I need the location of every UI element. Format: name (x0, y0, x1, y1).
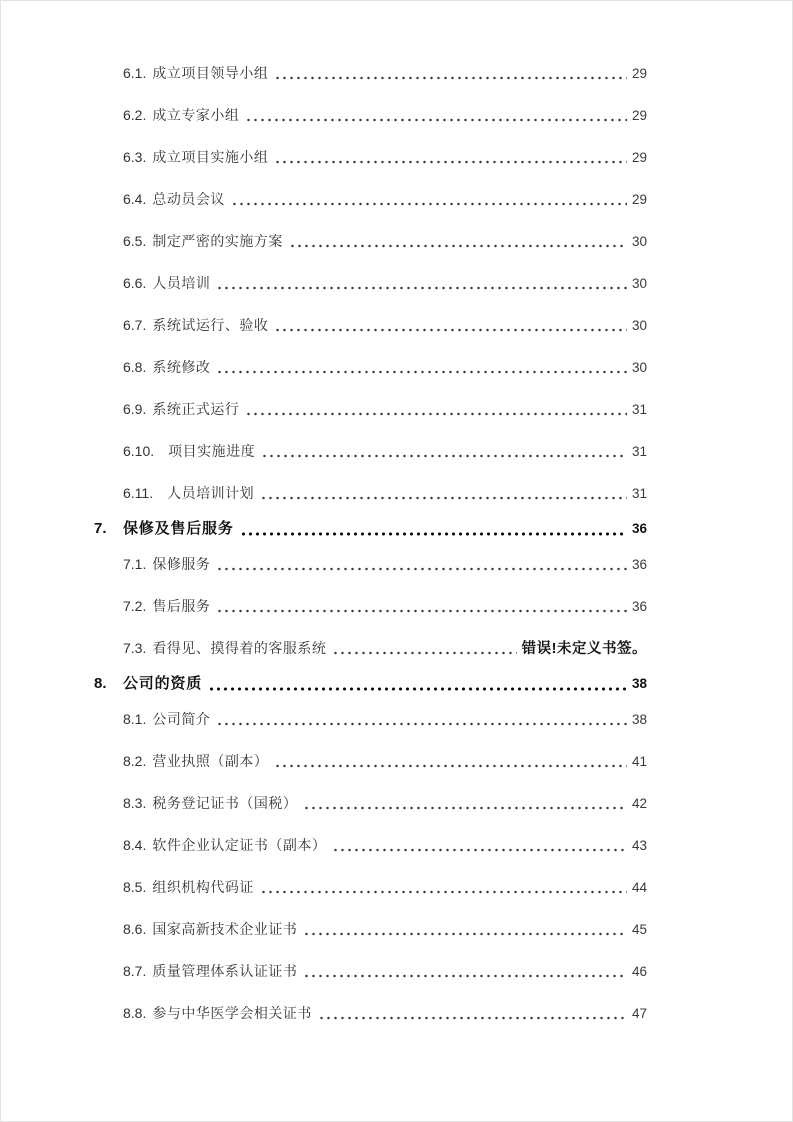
toc-entry-page: 31 (632, 484, 647, 503)
toc-entry-page: 30 (632, 316, 647, 335)
dot-leader (332, 651, 516, 655)
toc-entry-title: 营业执照（副本） (152, 753, 268, 772)
toc-entry-title: 软件企业认定证书（副本） (152, 837, 326, 856)
toc-entry[interactable]: 6.11. 人员培训计划 31 (94, 484, 647, 503)
toc-entry-number: 8.8. (123, 1004, 146, 1023)
toc-entry-number: 7. (94, 519, 123, 538)
toc-entry-number: 8.5. (123, 878, 146, 897)
toc-entry[interactable]: 6.1. 成立项目领导小组 29 (94, 64, 647, 83)
toc-entry-title: 总动员会议 (152, 191, 225, 210)
dot-leader (245, 118, 627, 122)
toc-entry-title: 成立项目领导小组 (152, 65, 268, 84)
toc-entry-number: 8.2. (123, 752, 146, 771)
dot-leader (274, 328, 627, 332)
toc-entry[interactable]: 7.2. 售后服务 36 (94, 597, 647, 616)
toc-entry[interactable]: 6.5. 制定严密的实施方案 30 (94, 232, 647, 251)
toc-entry-title: 售后服务 (152, 598, 210, 617)
toc-entry[interactable]: 7.3. 看得见、摸得着的客服系统 错误!未定义书签。 (94, 639, 647, 658)
dot-leader (245, 412, 627, 416)
toc-entry-number: 6.3. (123, 148, 146, 167)
toc-entry-page: 42 (632, 794, 647, 813)
toc-entry[interactable]: 6.6. 人员培训 30 (94, 274, 647, 293)
dot-leader (303, 974, 627, 978)
toc-entry-title: 参与中华医学会相关证书 (152, 1005, 312, 1024)
toc-entry-page: 30 (632, 274, 647, 293)
toc-entry-page: 29 (632, 190, 647, 209)
dot-leader (260, 890, 627, 894)
toc-entry-page: 38 (632, 710, 647, 729)
toc-entry-page: 47 (632, 1004, 647, 1023)
toc-entry-number: 6.8. (123, 358, 146, 377)
toc-entry-page: 29 (632, 64, 647, 83)
toc-entry-number: 6.2. (123, 106, 146, 125)
dot-leader (216, 609, 627, 613)
dot-leader (332, 848, 627, 852)
dot-leader (216, 722, 627, 726)
toc-entry-page: 错误!未定义书签。 (522, 640, 647, 659)
toc-entry-title: 保修及售后服务 (123, 519, 234, 538)
toc-entry[interactable]: 8.5. 组织机构代码证 44 (94, 878, 647, 897)
toc-entry-title: 系统正式运行 (152, 401, 239, 420)
toc-entry-title: 组织机构代码证 (152, 879, 254, 898)
dot-leader (261, 454, 627, 458)
toc-entry[interactable]: 6.8. 系统修改 30 (94, 358, 647, 377)
dot-leader (216, 567, 627, 571)
toc-entry[interactable]: 8.1. 公司简介 38 (94, 710, 647, 729)
toc-entry[interactable]: 6.2. 成立专家小组 29 (94, 106, 647, 125)
toc-entry[interactable]: 8.4. 软件企业认定证书（副本） 43 (94, 836, 647, 855)
toc-entry[interactable]: 8.3. 税务登记证书（国税） 42 (94, 794, 647, 813)
toc-entry-number: 6.9. (123, 400, 146, 419)
document-page: 6.1. 成立项目领导小组 29 6.2. 成立专家小组 29 6.3. 成立项… (0, 0, 793, 1122)
toc-entry[interactable]: 8.8. 参与中华医学会相关证书 47 (94, 1004, 647, 1023)
toc-entry-title: 项目实施进度 (168, 443, 255, 462)
dot-leader (303, 932, 627, 936)
dot-leader (260, 496, 627, 500)
toc-entry-title: 保修服务 (152, 556, 210, 575)
dot-leader (231, 202, 627, 206)
toc-entry-title: 成立项目实施小组 (152, 149, 268, 168)
dot-leader (274, 160, 627, 164)
toc-entry-number: 8.1. (123, 710, 146, 729)
toc-entry-number: 6.10. (123, 442, 154, 461)
toc-entry[interactable]: 8.6. 国家高新技术企业证书 45 (94, 920, 647, 939)
toc-entry-title: 质量管理体系认证证书 (152, 963, 297, 982)
dot-leader (240, 532, 627, 536)
toc-entry-page: 46 (632, 962, 647, 981)
toc-entry-number: 8.4. (123, 836, 146, 855)
dot-leader (216, 286, 627, 290)
dot-leader (208, 687, 627, 691)
toc-entry-page: 44 (632, 878, 647, 897)
toc-entry-page: 43 (632, 836, 647, 855)
toc-entry[interactable]: 7. 保修及售后服务 36 (94, 519, 647, 538)
toc-entry-number: 7.3. (123, 639, 146, 658)
toc-entry-page: 38 (632, 674, 647, 693)
toc-entry-title: 看得见、摸得着的客服系统 (152, 640, 326, 659)
toc-entry-page: 30 (632, 232, 647, 251)
toc-entry[interactable]: 8.7. 质量管理体系认证证书 46 (94, 962, 647, 981)
toc-entry[interactable]: 7.1. 保修服务 36 (94, 555, 647, 574)
toc-entry-title: 人员培训计划 (167, 485, 254, 504)
toc-entry-number: 6.7. (123, 316, 146, 335)
toc-entry-title: 公司的资质 (123, 674, 202, 693)
dot-leader (318, 1016, 627, 1020)
toc-entry-number: 8.6. (123, 920, 146, 939)
toc-entry[interactable]: 8. 公司的资质 38 (94, 674, 647, 693)
toc-entry-number: 8.7. (123, 962, 146, 981)
dot-leader (216, 370, 627, 374)
toc-entry-number: 6.11. (123, 484, 153, 503)
toc-entry-page: 36 (632, 519, 647, 538)
toc-entry-page: 31 (632, 442, 647, 461)
toc-entry-number: 8.3. (123, 794, 146, 813)
toc-entry-page: 29 (632, 106, 647, 125)
toc-entry-page: 36 (632, 597, 647, 616)
toc-entry[interactable]: 6.7. 系统试运行、验收 30 (94, 316, 647, 335)
toc-entry-title: 税务登记证书（国税） (152, 795, 297, 814)
toc-entry-page: 29 (632, 148, 647, 167)
toc-entry-number: 6.4. (123, 190, 146, 209)
toc-list: 6.1. 成立项目领导小组 29 6.2. 成立专家小组 29 6.3. 成立项… (94, 64, 647, 1023)
toc-entry-page: 45 (632, 920, 647, 939)
toc-entry-title: 公司简介 (152, 711, 210, 730)
dot-leader (303, 806, 627, 810)
toc-entry[interactable]: 6.9. 系统正式运行 31 (94, 400, 647, 419)
toc-entry-number: 7.1. (123, 555, 146, 574)
dot-leader (274, 76, 627, 80)
toc-entry[interactable]: 6.3. 成立项目实施小组 29 (94, 148, 647, 167)
toc-entry-title: 系统修改 (152, 359, 210, 378)
toc-entry-page: 41 (632, 752, 647, 771)
toc-entry-title: 国家高新技术企业证书 (152, 921, 297, 940)
dot-leader (289, 244, 627, 248)
toc-entry[interactable]: 6.4. 总动员会议 29 (94, 190, 647, 209)
toc-entry-number: 7.2. (123, 597, 146, 616)
toc-entry-title: 人员培训 (152, 275, 210, 294)
toc-entry-number: 6.6. (123, 274, 146, 293)
toc-entry-page: 30 (632, 358, 647, 377)
toc-entry-number: 6.1. (123, 64, 146, 83)
toc-entry-title: 制定严密的实施方案 (152, 233, 283, 252)
toc-entry-page: 31 (632, 400, 647, 419)
toc-entry-number: 6.5. (123, 232, 146, 251)
toc-entry-title: 成立专家小组 (152, 107, 239, 126)
toc-entry-title: 系统试运行、验收 (152, 317, 268, 336)
toc-entry-number: 8. (94, 674, 123, 693)
dot-leader (274, 764, 627, 768)
toc-entry[interactable]: 8.2. 营业执照（副本） 41 (94, 752, 647, 771)
toc-entry[interactable]: 6.10. 项目实施进度 31 (94, 442, 647, 461)
toc-entry-page: 36 (632, 555, 647, 574)
